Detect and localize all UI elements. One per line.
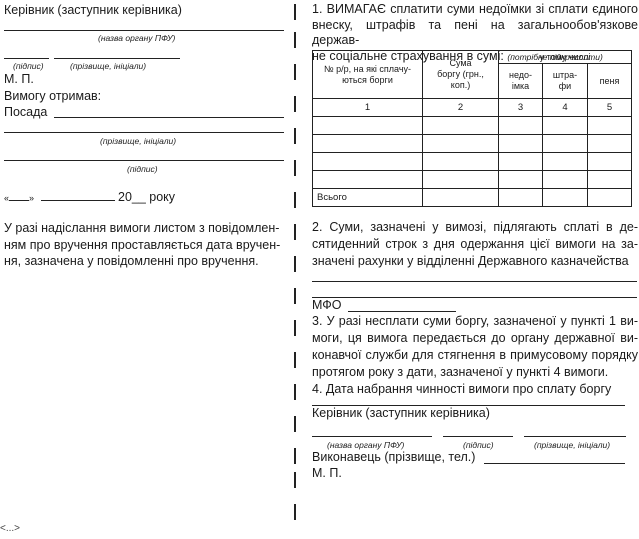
right-head-title: Керівник (заступник керівника) <box>312 406 490 420</box>
right-signature-field[interactable] <box>443 436 513 437</box>
executor-field[interactable] <box>484 463 625 464</box>
cut-line-dash <box>294 192 296 208</box>
cell[interactable] <box>313 171 423 189</box>
debt-table: № р/р, на які сплачу- ються борги Сума б… <box>312 50 632 207</box>
cut-line-dash <box>294 128 296 144</box>
demand-paragraph-3: 3. У разі несплати суми боргу, зазначено… <box>312 313 638 398</box>
table-row <box>313 153 632 171</box>
cell[interactable] <box>499 189 543 207</box>
header-text: № р/р, на які сплачу- <box>313 64 422 75</box>
col-number: 4 <box>543 99 588 117</box>
table-row <box>313 171 632 189</box>
cell[interactable] <box>499 135 543 153</box>
header-including: у тому числі <box>499 51 632 64</box>
cell[interactable] <box>423 117 499 135</box>
executor-label: Виконавець (прізвище, тел.) <box>312 450 475 464</box>
header-fines: штра- фи <box>543 64 588 99</box>
header-text: імка <box>499 81 542 92</box>
cell[interactable] <box>588 135 632 153</box>
cell[interactable] <box>543 171 588 189</box>
cut-line-dash <box>294 160 296 176</box>
col-number: 2 <box>423 99 499 117</box>
header-penalty: пеня <box>588 64 632 99</box>
cell[interactable] <box>543 153 588 171</box>
cell[interactable] <box>423 135 499 153</box>
cut-line-dash <box>294 256 296 272</box>
table-row <box>313 135 632 153</box>
left-head-title: Керівник (заступник керівника) <box>4 3 182 17</box>
cut-line-dash <box>294 448 296 464</box>
name-caption: (прізвище, ініціали) <box>70 61 146 71</box>
p3-line: моги, ця вимога передається до органу де… <box>312 330 638 347</box>
p2-line: 2. Суми, зазначені у вимозі, підлягають … <box>312 219 638 236</box>
right-name-caption: (прізвище, ініціали) <box>534 440 610 450</box>
cut-line-dash <box>294 32 296 48</box>
right-signature-caption: (підпис) <box>463 440 494 450</box>
cell[interactable] <box>423 153 499 171</box>
right-org-name-field[interactable] <box>312 436 432 437</box>
year-label: 20__ року <box>118 190 175 204</box>
cut-line-dash <box>294 4 296 20</box>
cell[interactable] <box>499 117 543 135</box>
note-line: ням про вручення проставляється дата вру… <box>4 237 286 254</box>
date-quote-open: « <box>4 193 9 203</box>
mfo-field[interactable] <box>348 311 456 312</box>
header-text: ються борги <box>313 75 422 86</box>
cut-line-dash <box>294 96 296 112</box>
cell[interactable] <box>499 153 543 171</box>
cut-line-dash <box>294 224 296 240</box>
col-number: 5 <box>588 99 632 117</box>
receiver-name-field[interactable] <box>4 132 284 133</box>
date-line: «» 20__ року <box>4 190 175 204</box>
mfo-label: МФО <box>312 298 342 312</box>
p3-line: 3. У разі несплати суми боргу, зазначено… <box>312 313 638 330</box>
header-text: штра- <box>543 70 587 81</box>
position-field[interactable] <box>54 117 284 118</box>
cell[interactable] <box>588 117 632 135</box>
org-name-caption: (назва органу ПФУ) <box>98 33 175 43</box>
note-line: У разі надіслання вимоги листом з повідо… <box>4 220 286 237</box>
position-label: Посада <box>4 105 47 119</box>
cell[interactable] <box>423 189 499 207</box>
p1-line: внеску, штрафів та пені на загальнообов'… <box>312 18 638 49</box>
treasury-account-field-1[interactable] <box>312 281 637 282</box>
signature-caption: (підпис) <box>13 61 44 71</box>
total-row: Всього <box>313 189 632 207</box>
cell[interactable] <box>543 117 588 135</box>
header-text: коп.) <box>423 80 498 91</box>
p2-line: значені рахунки у відділенні Державного … <box>312 253 638 270</box>
right-name-field[interactable] <box>524 436 626 437</box>
treasury-account-field-2[interactable] <box>312 297 637 298</box>
header-sum: Сума боргу (грн., коп.) <box>423 51 499 99</box>
cut-line-dash <box>294 416 296 432</box>
cell[interactable] <box>423 171 499 189</box>
received-label: Вимогу отримав: <box>4 89 101 103</box>
header-text: недо- <box>499 70 542 81</box>
month-field[interactable] <box>41 200 115 201</box>
receiver-name-caption: (прізвище, ініціали) <box>100 136 176 146</box>
cell[interactable] <box>543 135 588 153</box>
p2-line: сятиденний строк з дня одержання цієї ви… <box>312 236 638 253</box>
cell[interactable] <box>588 189 632 207</box>
p3-line: протягом року з дати, зазначеної у пункт… <box>312 364 638 381</box>
day-field[interactable] <box>9 200 29 201</box>
delivery-note: У разі надіслання вимоги листом з повідо… <box>4 220 286 270</box>
p3-line: конавчої служби для стягнення в примусов… <box>312 347 638 364</box>
receiver-signature-caption: (підпис) <box>127 164 158 174</box>
cut-line-dash <box>294 504 296 520</box>
header-text: Сума <box>423 58 498 69</box>
table-row <box>313 117 632 135</box>
cell[interactable] <box>588 171 632 189</box>
cut-line-dash <box>294 352 296 368</box>
demand-paragraph-2: 2. Суми, зазначені у вимозі, підлягають … <box>312 219 638 270</box>
cell[interactable] <box>313 153 423 171</box>
cut-line-dash <box>294 64 296 80</box>
cut-line-dash <box>294 320 296 336</box>
cell[interactable] <box>588 153 632 171</box>
p1-line: 1. ВИМАГАЄ сплатити суми недоїмки зі спл… <box>312 2 638 18</box>
cell[interactable] <box>313 117 423 135</box>
header-text: фи <box>543 81 587 92</box>
name-field[interactable] <box>54 58 180 59</box>
header-accounts: № р/р, на які сплачу- ються борги <box>313 51 423 99</box>
total-label: Всього <box>313 189 423 207</box>
note-line: ня, зазначена у повідомленні про врученн… <box>4 253 286 270</box>
right-stamp-label: М. П. <box>312 466 342 480</box>
cell[interactable] <box>543 189 588 207</box>
signature-field[interactable] <box>4 58 49 59</box>
column-number-row: 1 2 3 4 5 <box>313 99 632 117</box>
right-org-caption: (назва органу ПФУ) <box>327 440 404 450</box>
header-text: боргу (грн., <box>423 69 498 80</box>
cut-line-dash <box>294 384 296 400</box>
cell[interactable] <box>313 135 423 153</box>
stamp-label: М. П. <box>4 72 34 86</box>
ellipsis-marker: <...> <box>0 523 20 534</box>
col-number: 1 <box>313 99 423 117</box>
demand-paragraph-4: 4. Дата набрання чинності вимоги про спл… <box>312 381 638 398</box>
cell[interactable] <box>499 171 543 189</box>
cut-line-dash <box>294 288 296 304</box>
col-number: 3 <box>499 99 543 117</box>
receiver-signature-field[interactable] <box>4 160 284 161</box>
org-name-field[interactable] <box>4 30 284 31</box>
date-quote-close: » <box>29 193 34 203</box>
header-arrears: недо- імка <box>499 64 543 99</box>
cut-line-dash <box>294 472 296 488</box>
